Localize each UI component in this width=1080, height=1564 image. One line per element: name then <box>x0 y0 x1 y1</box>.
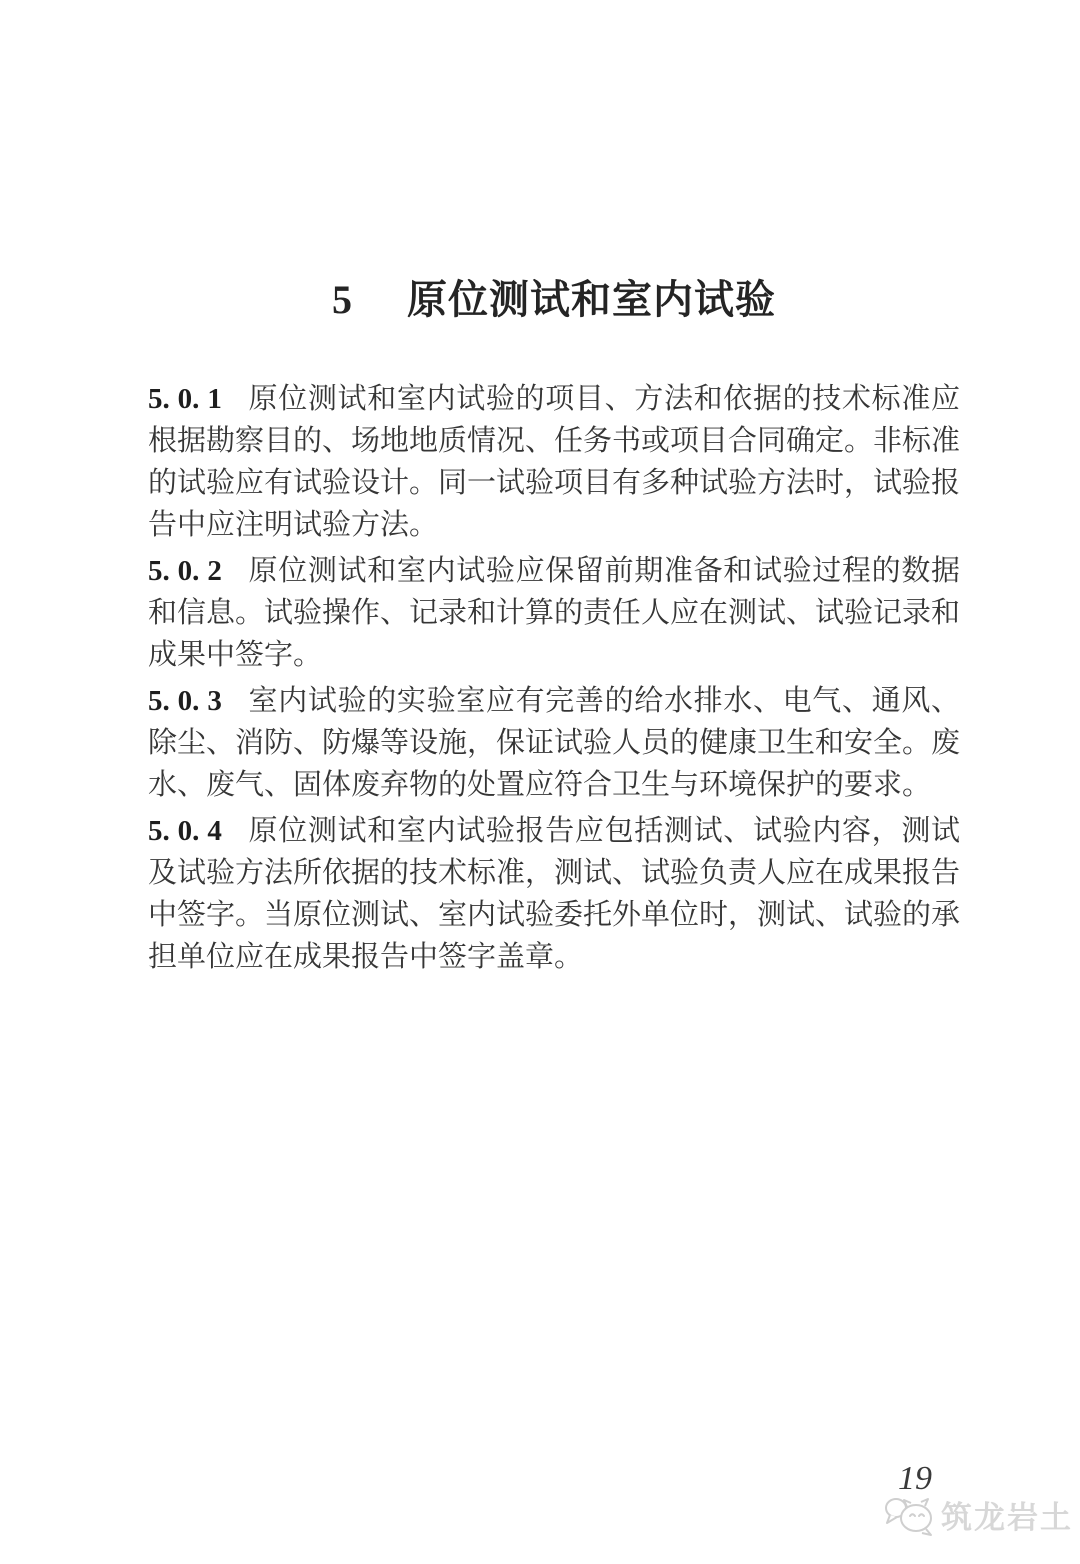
section-text: 室内试验的实验室应有完善的给水排水、电气、通风、除尘、消防、防爆等设施，保证试验… <box>148 685 960 801</box>
document-body: 5. 0. 1原位测试和室内试验的项目、方法和依据的技术标准应根据勘察目的、场地… <box>148 378 960 982</box>
section-paragraph: 5. 0. 1原位测试和室内试验的项目、方法和依据的技术标准应根据勘察目的、场地… <box>148 378 960 546</box>
watermark-text: 筑龙岩土 <box>941 1492 1073 1537</box>
section-paragraph: 5. 0. 3室内试验的实验室应有完善的给水排水、电气、通风、除尘、消防、防爆等… <box>148 680 960 806</box>
section-number: 5. 0. 4 <box>148 815 222 847</box>
chapter-title-text: 原位测试和室内试验 <box>407 277 776 322</box>
section-text: 原位测试和室内试验应保留前期准备和试验过程的数据和信息。试验操作、记录和计算的责… <box>148 555 960 671</box>
section-paragraph: 5. 0. 2原位测试和室内试验应保留前期准备和试验过程的数据和信息。试验操作、… <box>148 550 960 676</box>
section-paragraph: 5. 0. 4原位测试和室内试验报告应包括测试、试验内容，测试及试验方法所依据的… <box>148 810 960 978</box>
section-number: 5. 0. 3 <box>148 685 222 717</box>
chapter-number: 5 <box>332 277 352 322</box>
zhulong-logo-icon <box>884 1493 936 1537</box>
section-text: 原位测试和室内试验报告应包括测试、试验内容，测试及试验方法所依据的技术标准，测试… <box>148 815 960 973</box>
watermark: 筑龙岩土 <box>884 1492 1073 1537</box>
document-page: 5 原位测试和室内试验 5. 0. 1原位测试和室内试验的项目、方法和依据的技术… <box>0 0 1080 1564</box>
chapter-title: 5 原位测试和室内试验 <box>148 268 960 325</box>
section-number: 5. 0. 1 <box>148 383 222 415</box>
section-text: 原位测试和室内试验的项目、方法和依据的技术标准应根据勘察目的、场地地质情况、任务… <box>148 383 960 541</box>
section-number: 5. 0. 2 <box>148 555 222 587</box>
